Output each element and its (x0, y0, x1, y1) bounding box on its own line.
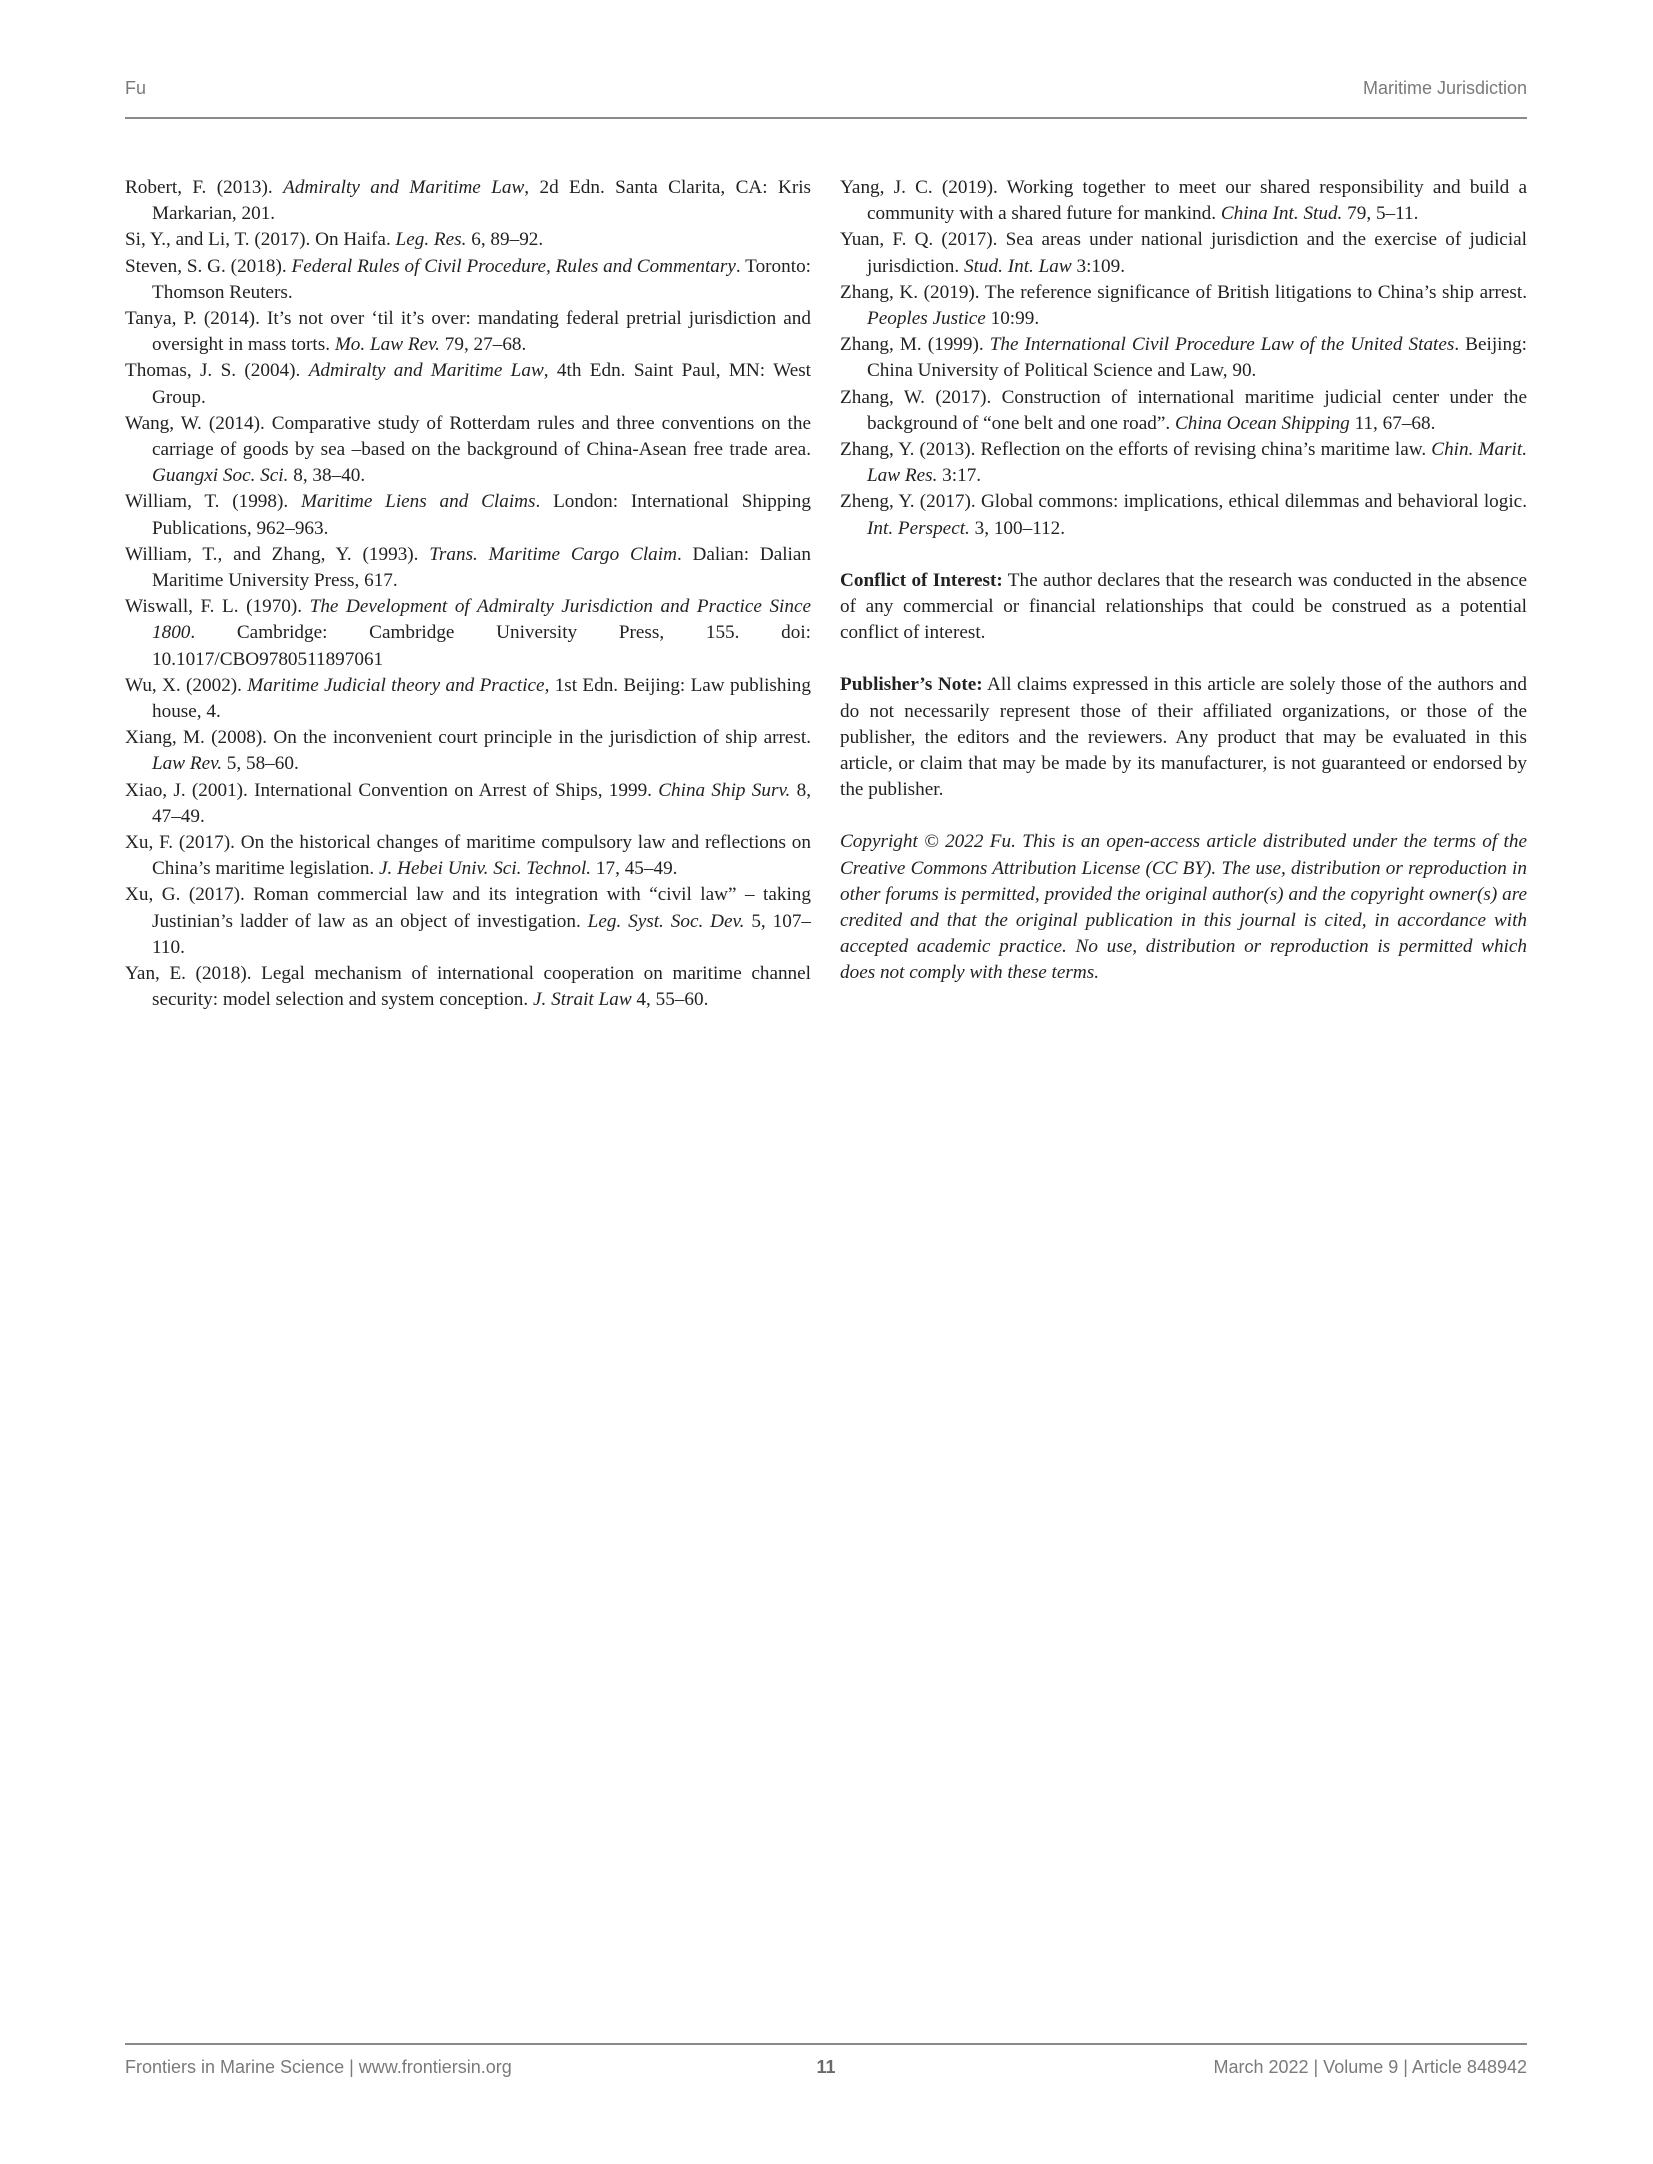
publishers-note-label: Publisher’s Note: (840, 674, 983, 695)
reference-item: Tanya, P. (2014). It’s not over ‘til it’… (125, 306, 811, 358)
footer-citation: March 2022 | Volume 9 | Article 848942 (1213, 2057, 1527, 2078)
conflict-of-interest-label: Conflict of Interest: (840, 570, 1003, 591)
reference-item: Yuan, F. Q. (2017). Sea areas under nati… (840, 227, 1527, 279)
header-running-title: Maritime Jurisdiction (1363, 78, 1527, 99)
reference-item: William, T. (1998). Maritime Liens and C… (125, 489, 811, 541)
header-rule (125, 117, 1527, 119)
reference-item: Steven, S. G. (2018). Federal Rules of C… (125, 254, 811, 306)
reference-item: Si, Y., and Li, T. (2017). On Haifa. Leg… (125, 227, 811, 253)
reference-item: Zhang, M. (1999). The International Civi… (840, 332, 1527, 384)
conflict-of-interest-statement: Conflict of Interest: The author declare… (840, 568, 1527, 647)
reference-item: Xu, G. (2017). Roman commercial law and … (125, 882, 811, 961)
reference-item: Wu, X. (2002). Maritime Judicial theory … (125, 673, 811, 725)
copyright-statement: Copyright © 2022 Fu. This is an open-acc… (840, 829, 1527, 986)
references-left-column: Robert, F. (2013). Admiralty and Maritim… (125, 175, 811, 1014)
reference-item: Wang, W. (2014). Comparative study of Ro… (125, 411, 811, 490)
page-footer: Frontiers in Marine Science | www.fronti… (125, 2057, 1527, 2083)
reference-item: Thomas, J. S. (2004). Admiralty and Mari… (125, 358, 811, 410)
references-right-column: Yang, J. C. (2019). Working together to … (840, 175, 1527, 987)
reference-item: Robert, F. (2013). Admiralty and Maritim… (125, 175, 811, 227)
reference-item: Zhang, W. (2017). Construction of intern… (840, 385, 1527, 437)
reference-item: Xu, F. (2017). On the historical changes… (125, 830, 811, 882)
footer-rule (125, 2043, 1527, 2045)
reference-item: Yang, J. C. (2019). Working together to … (840, 175, 1527, 227)
running-header: Fu Maritime Jurisdiction (125, 78, 1527, 104)
header-author: Fu (125, 78, 146, 99)
reference-item: Zhang, Y. (2013). Reflection on the effo… (840, 437, 1527, 489)
publishers-note: Publisher’s Note: All claims expressed i… (840, 672, 1527, 803)
reference-item: Wiswall, F. L. (1970). The Development o… (125, 594, 811, 673)
reference-item: Zheng, Y. (2017). Global commons: implic… (840, 489, 1527, 541)
reference-item: William, T., and Zhang, Y. (1993). Trans… (125, 542, 811, 594)
reference-item: Yan, E. (2018). Legal mechanism of inter… (125, 961, 811, 1013)
reference-item: Xiang, M. (2008). On the inconvenient co… (125, 725, 811, 777)
reference-item: Zhang, K. (2019). The reference signific… (840, 280, 1527, 332)
reference-item: Xiao, J. (2001). International Conventio… (125, 778, 811, 830)
